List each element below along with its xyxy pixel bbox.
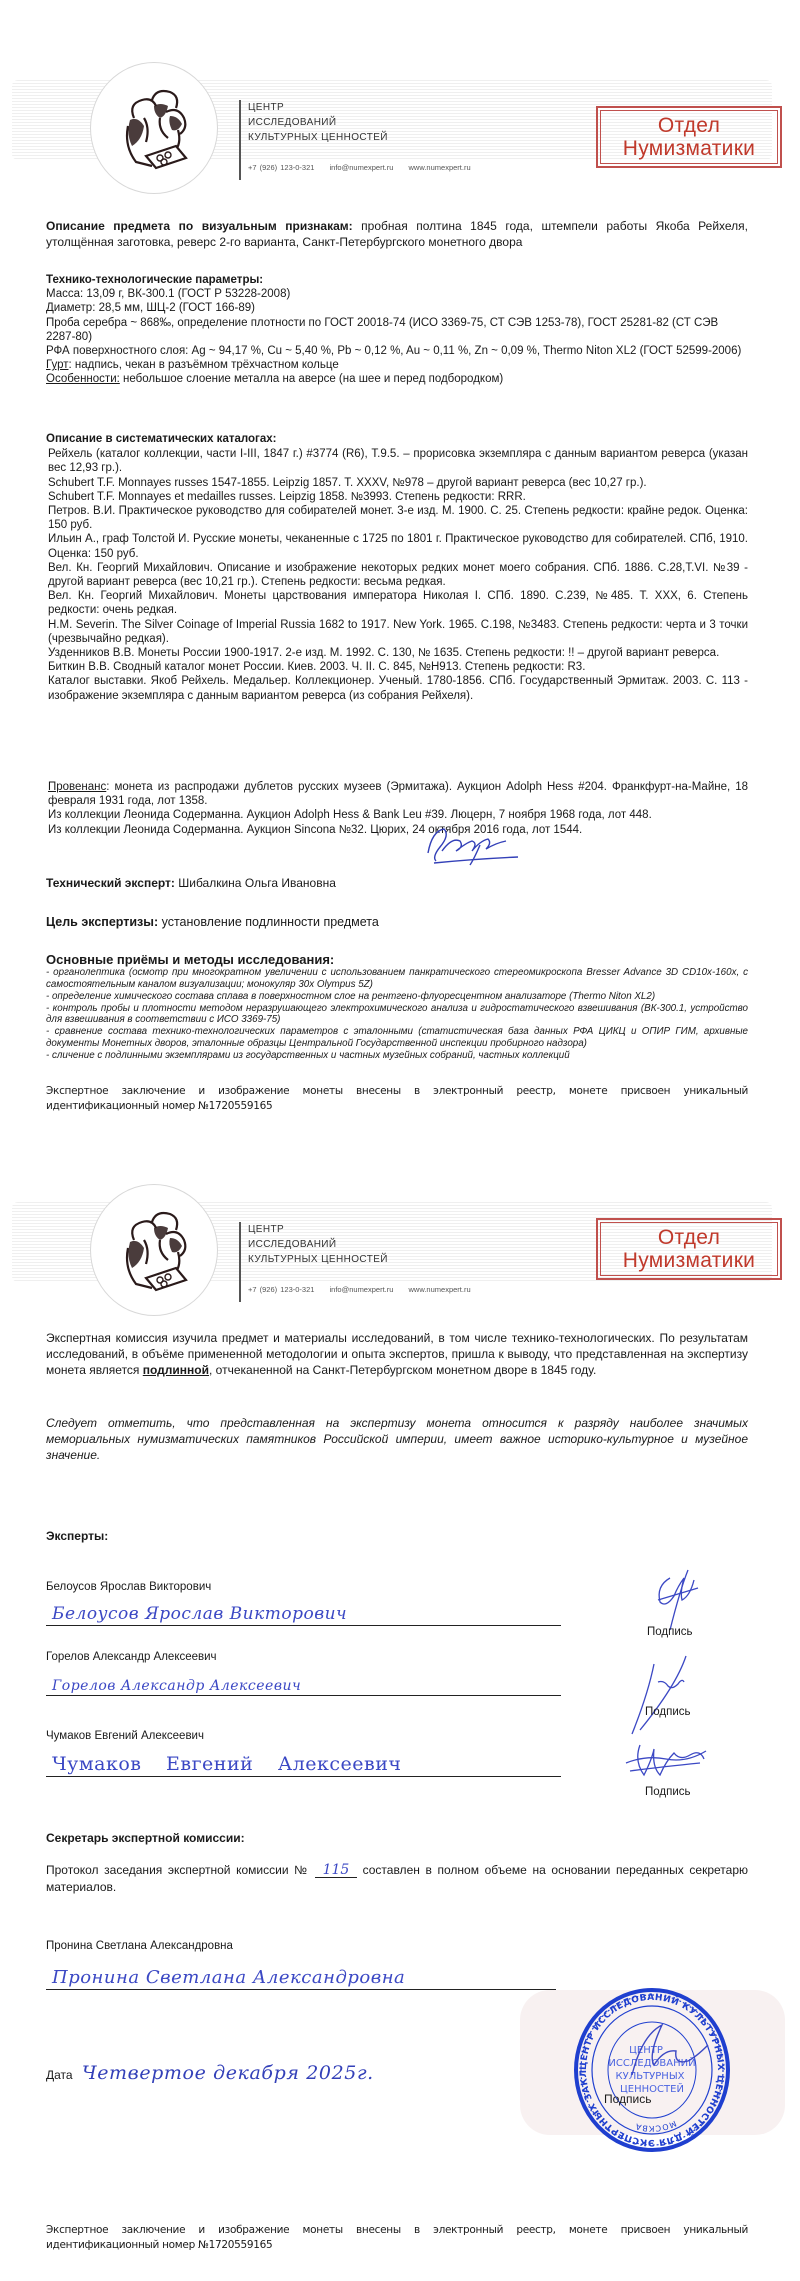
department-line-1: Отдел xyxy=(658,114,720,137)
catalog-item: Биткин В.В. Сводный каталог монет России… xyxy=(46,660,748,674)
experts-examining-coins-icon xyxy=(104,78,204,178)
expert-handwritten-name-line: Белоусов Ярослав Викторович xyxy=(46,1600,561,1626)
experts-examining-coins-icon xyxy=(104,1200,204,1300)
param-edge-label: Гурт xyxy=(46,359,69,371)
registry-note: Экспертное заключение и изображение моне… xyxy=(46,1084,748,1114)
provenance-text: : монета из распродажи дублетов русских … xyxy=(48,781,748,807)
website-url: www.numexpert.ru xyxy=(409,163,471,172)
param-features-label: Особенности: xyxy=(46,373,120,385)
org-name-line-2: ИССЛЕДОВАНИЙ xyxy=(248,115,388,130)
catalog-item: Вел. Кн. Георгий Михайлович. Монеты царс… xyxy=(46,589,748,617)
param-features: Особенности: небольшое слоение металла н… xyxy=(46,372,748,386)
secretary-title-text: Секретарь экспертной комиссии: xyxy=(46,1831,245,1845)
expert-name: Горелов Александр Алексеевич xyxy=(46,1651,217,1663)
provenance-item: Из коллекции Леонида Содерманна. Аукцион… xyxy=(46,808,748,822)
org-name-line-3: КУЛЬТУРНЫХ ЦЕННОСТЕЙ xyxy=(248,1252,388,1267)
catalog-item: Рейхель (каталог коллекции, части I-III,… xyxy=(46,447,748,475)
technical-expert: Технический эксперт: Шибалкина Ольга Ива… xyxy=(46,876,748,890)
method-item: - сравнение состава технико-технологичес… xyxy=(46,1026,748,1050)
technical-expert-label: Технический эксперт: xyxy=(46,876,175,890)
item-description-label: Описание предмета по визуальным признака… xyxy=(46,219,353,233)
email-address: info@numexpert.ru xyxy=(330,1285,394,1294)
expert-signature xyxy=(620,1735,715,1785)
expert-signature xyxy=(624,1652,704,1737)
protocol-statement: Протокол заседания экспертной комиссии №… xyxy=(46,1862,748,1896)
expert-handwritten-name-line: Горелов Александр Алексеевич xyxy=(46,1670,561,1696)
catalog-item: Schubert T.F. Monnayes et medailles russ… xyxy=(46,490,748,504)
org-contacts: +7 (926) 123-0-321 info@numexpert.ru www… xyxy=(248,163,483,172)
org-contacts: +7 (926) 123-0-321 info@numexpert.ru www… xyxy=(248,1285,483,1294)
research-methods: Основные приёмы и методы исследования: -… xyxy=(46,953,748,1062)
protocol-number: 115 xyxy=(315,1863,357,1878)
signature-label: Подпись xyxy=(604,2092,652,2106)
department-line-2: Нумизматики xyxy=(623,137,755,160)
authenticity-verdict: подлинной xyxy=(143,1363,209,1377)
catalog-item: H.M. Severin. The Silver Coinage of Impe… xyxy=(46,618,748,646)
email-address: info@numexpert.ru xyxy=(330,163,394,172)
item-description: Описание предмета по визуальным признака… xyxy=(46,219,748,250)
website-url: www.numexpert.ru xyxy=(409,1285,471,1294)
catalog-item: Ильин А., граф Толстой И. Русские монеты… xyxy=(46,532,748,560)
logo-emblem xyxy=(90,62,218,194)
logo-emblem xyxy=(90,1184,218,1316)
experts-title-text: Эксперты: xyxy=(46,1529,108,1543)
technical-parameters: Технико-технологические параметры: Масса… xyxy=(46,273,748,387)
catalog-item: Schubert T.F. Monnayes russes 1547-1855.… xyxy=(46,476,748,490)
expertise-purpose: Цель экспертизы: установление подлинност… xyxy=(46,915,748,929)
seal-center-line-1: ЦЕНТР xyxy=(629,2045,663,2056)
org-name-line-1: ЦЕНТР xyxy=(248,100,388,115)
expert-handwritten-name-line: Чумаков Евгений Алексеевич xyxy=(46,1747,561,1777)
date-label: Дата xyxy=(46,2068,73,2082)
expert-handwritten-name: Белоусов Ярослав Викторович xyxy=(52,1604,347,1624)
registry-note: Экспертное заключение и изображение моне… xyxy=(46,2223,748,2253)
signature-label: Подпись xyxy=(645,1706,691,1718)
department-stamp: Отдел Нумизматики xyxy=(596,1218,782,1280)
secretary-title: Секретарь экспертной комиссии: xyxy=(46,1831,748,1845)
phone-number: +7 (926) 123-0-321 xyxy=(248,1285,314,1294)
catalog-item: Узденников В.В. Монеты России 1900-1917.… xyxy=(46,646,748,660)
experts-title: Эксперты: xyxy=(46,1529,748,1543)
technical-parameters-title: Технико-технологические параметры: xyxy=(46,273,748,287)
catalog-item: Каталог выставки. Якоб Рейхель. Медальер… xyxy=(46,674,748,702)
letterhead: ЦЕНТР ИССЛЕДОВАНИЙ КУЛЬТУРНЫХ ЦЕННОСТЕЙ … xyxy=(0,60,800,200)
seal-center-line-3: КУЛЬТУРНЫХ xyxy=(616,2071,685,2082)
technical-expert-signature xyxy=(420,823,530,868)
catalog-item: Петров. В.И. Практическое руководство дл… xyxy=(46,504,748,532)
org-divider xyxy=(239,100,241,180)
param-edge-text: : надпись, чекан в разъёмном трёхчастном… xyxy=(69,359,339,371)
catalog-item: Вел. Кн. Георгий Михайлович. Описание и … xyxy=(46,561,748,589)
commission-conclusion: Экспертная комиссия изучила предмет и ма… xyxy=(46,1331,748,1378)
param-xrf: РФА поверхностного слоя: Ag ~ 94,17 %, C… xyxy=(46,344,748,358)
date-row: Дата Четвертое декабря 2025г. xyxy=(46,2062,374,2084)
param-features-text: небольшое слоение металла на аверсе (на … xyxy=(120,373,503,385)
expert-handwritten-name: Горелов Александр Алексеевич xyxy=(52,1678,301,1694)
official-round-seal: ЦЕНТР ИССЛЕДОВАНИЙ КУЛЬТУРНЫХ ЦЕННОСТЕЙ … xyxy=(572,1985,732,2155)
expertise-purpose-text: установление подлинности предмета xyxy=(158,915,379,929)
date-handwritten: Четвертое декабря 2025г. xyxy=(82,2062,374,2084)
technical-expert-name: Шибалкина Ольга Ивановна xyxy=(175,876,336,890)
param-edge: Гурт: надпись, чекан в разъёмном трёхчас… xyxy=(46,358,748,372)
org-name-line-2: ИССЛЕДОВАНИЙ xyxy=(248,1237,388,1252)
org-divider xyxy=(239,1222,241,1302)
conclusion-text-end: , отчеканенной на Санкт-Петербургском мо… xyxy=(209,1363,596,1377)
signature-label: Подпись xyxy=(647,1626,693,1638)
expertise-purpose-label: Цель экспертизы: xyxy=(46,915,158,929)
org-name-line-1: ЦЕНТР xyxy=(248,1222,388,1237)
catalog-references-title: Описание в систематических каталогах: xyxy=(46,432,748,446)
provenance-item: Провенанс: монета из распродажи дублетов… xyxy=(46,780,748,808)
expert-name: Белоусов Ярослав Викторович xyxy=(46,1581,211,1593)
catalog-references: Описание в систематических каталогах: Ре… xyxy=(46,432,748,703)
provenance-label: Провенанс xyxy=(48,781,106,793)
protocol-text: Протокол заседания экспертной комиссии № xyxy=(46,1863,315,1877)
significance-note: Следует отметить, что представленная на … xyxy=(46,1416,748,1463)
param-fineness: Проба серебра ~ 868‰, определение плотно… xyxy=(46,316,748,344)
phone-number: +7 (926) 123-0-321 xyxy=(248,163,314,172)
expert-name: Чумаков Евгений Алексеевич xyxy=(46,1730,204,1742)
provenance-item: Из коллекции Леонида Содерманна. Аукцион… xyxy=(46,823,748,837)
provenance: Провенанс: монета из распродажи дублетов… xyxy=(46,780,748,837)
method-item: - контроль пробы и плотности методом нер… xyxy=(46,1003,748,1027)
secretary-handwritten-name: Пронина Светлана Александровна xyxy=(52,1967,405,1988)
org-name: ЦЕНТР ИССЛЕДОВАНИЙ КУЛЬТУРНЫХ ЦЕННОСТЕЙ xyxy=(248,100,388,145)
research-methods-title: Основные приёмы и методы исследования: xyxy=(46,953,748,967)
method-item: - определение химического состава сплава… xyxy=(46,991,748,1003)
expert-signature xyxy=(648,1560,708,1635)
param-diameter: Диаметр: 28,5 мм, ШЦ-2 (ГОСТ 166-89) xyxy=(46,301,748,315)
expert-handwritten-name: Чумаков Евгений Алексеевич xyxy=(52,1753,401,1775)
page-1: ЦЕНТР ИССЛЕДОВАНИЙ КУЛЬТУРНЫХ ЦЕННОСТЕЙ … xyxy=(0,0,800,1120)
org-name-line-3: КУЛЬТУРНЫХ ЦЕННОСТЕЙ xyxy=(248,130,388,145)
department-line-1: Отдел xyxy=(658,1226,720,1249)
secretary-handwritten-name-line: Пронина Светлана Александровна xyxy=(46,1960,556,1990)
letterhead: ЦЕНТР ИССЛЕДОВАНИЙ КУЛЬТУРНЫХ ЦЕННОСТЕЙ … xyxy=(0,1182,800,1322)
secretary-name: Пронина Светлана Александровна xyxy=(46,1940,233,1952)
method-item: - сличение с подлинными экземплярами из … xyxy=(46,1050,748,1062)
signature-label: Подпись xyxy=(645,1786,691,1798)
department-stamp: Отдел Нумизматики xyxy=(596,106,782,168)
org-name: ЦЕНТР ИССЛЕДОВАНИЙ КУЛЬТУРНЫХ ЦЕННОСТЕЙ xyxy=(248,1222,388,1267)
param-mass: Масса: 13,09 г, ВК-300.1 (ГОСТ Р 53228-2… xyxy=(46,287,748,301)
method-item: - органолептика (осмотр при многократном… xyxy=(46,967,748,991)
department-line-2: Нумизматики xyxy=(623,1249,755,1272)
